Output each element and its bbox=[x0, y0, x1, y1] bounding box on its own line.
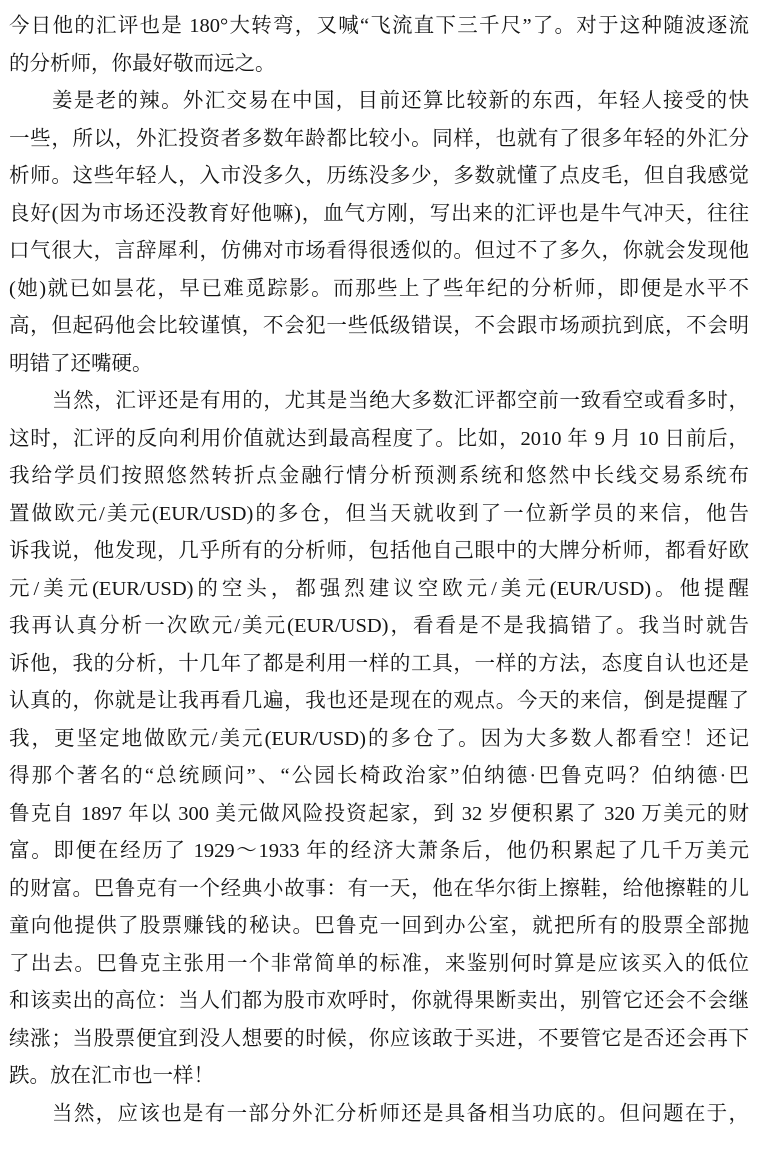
text-line: 良好(因为市场还没教育好他嘛)，血气方刚，写出来的汇评也是牛气冲天，往往 bbox=[9, 196, 749, 234]
text-line: 诉我说，他发现，几乎所有的分析师，包括他自己眼中的大牌分析师，都看好欧 bbox=[9, 533, 749, 571]
book-page: 今日他的汇评也是 180°大转弯，又喊“飞流直下三千尺”了。对于这种随波逐流的分… bbox=[0, 0, 758, 1160]
text-line: 跌。放在汇市也一样！ bbox=[9, 1058, 749, 1096]
text-line: 姜是老的辣。外汇交易在中国，目前还算比较新的东西，年轻人接受的快 bbox=[9, 83, 749, 121]
text-line: 了出去。巴鲁克主张用一个非常简单的标准，来鉴别何时算是应该买入的低位 bbox=[9, 946, 749, 984]
text-line: 析师。这些年轻人，入市没多久，历练没多少，多数就懂了点皮毛，但自我感觉 bbox=[9, 158, 749, 196]
text-line: 今日他的汇评也是 180°大转弯，又喊“飞流直下三千尺”了。对于这种随波逐流 bbox=[9, 8, 749, 46]
text-line: 置做欧元/美元(EUR/USD)的多仓，但当天就收到了一位新学员的来信，他告 bbox=[9, 496, 749, 534]
text-line: 元/美元(EUR/USD)的空头，都强烈建议空欧元/美元(EUR/USD)。他提… bbox=[9, 571, 749, 609]
text-line: 续涨；当股票便宜到没人想要的时候，你应该敢于买进，不要管它是否还会再下 bbox=[9, 1021, 749, 1059]
text-line: 诉他，我的分析，十几年了都是利用一样的工具，一样的方法，态度自认也还是 bbox=[9, 646, 749, 684]
text-line: 当然，应该也是有一部分外汇分析师还是具备相当功底的。但问题在于， bbox=[9, 1096, 749, 1134]
text-line: 得那个著名的“总统顾问”、“公园长椅政治家”伯纳德·巴鲁克吗？伯纳德·巴 bbox=[9, 758, 749, 796]
text-line: 一些，所以，外汇投资者多数年龄都比较小。同样，也就有了很多年轻的外汇分 bbox=[9, 121, 749, 159]
text-line: 鲁克自 1897 年以 300 美元做风险投资起家，到 32 岁便积累了 320… bbox=[9, 796, 749, 834]
text-line: 明错了还嘴硬。 bbox=[9, 346, 749, 384]
text-line: 童向他提供了股票赚钱的秘诀。巴鲁克一回到办公室，就把所有的股票全部抛 bbox=[9, 908, 749, 946]
page-text: 今日他的汇评也是 180°大转弯，又喊“飞流直下三千尺”了。对于这种随波逐流的分… bbox=[9, 8, 749, 1133]
text-line: 的财富。巴鲁克有一个经典小故事：有一天，他在华尔街上擦鞋，给他擦鞋的儿 bbox=[9, 871, 749, 909]
text-line: 富。即便在经历了 1929～1933 年的经济大萧条后，他仍积累起了几千万美元 bbox=[9, 833, 749, 871]
text-line: 认真的，你就是让我再看几遍，我也还是现在的观点。今天的来信，倒是提醒了 bbox=[9, 683, 749, 721]
text-line: 我给学员们按照悠然转折点金融行情分析预测系统和悠然中长线交易系统布 bbox=[9, 458, 749, 496]
text-line: 我，更坚定地做欧元/美元(EUR/USD)的多仓了。因为大多数人都看空！还记 bbox=[9, 721, 749, 759]
text-line: 口气很大，言辞犀利，仿佛对市场看得很透似的。但过不了多久，你就会发现他 bbox=[9, 233, 749, 271]
text-line: 高，但起码他会比较谨慎，不会犯一些低级错误，不会跟市场顽抗到底，不会明 bbox=[9, 308, 749, 346]
text-line: 的分析师，你最好敬而远之。 bbox=[9, 46, 749, 84]
text-line: 当然，汇评还是有用的，尤其是当绝大多数汇评都空前一致看空或看多时， bbox=[9, 383, 749, 421]
text-line: 我再认真分析一次欧元/美元(EUR/USD)，看看是不是我搞错了。我当时就告 bbox=[9, 608, 749, 646]
text-line: (她)就已如昙花，早已难觅踪影。而那些上了些年纪的分析师，即便是水平不 bbox=[9, 271, 749, 309]
text-line: 和该卖出的高位：当人们都为股市欢呼时，你就得果断卖出，别管它还会不会继 bbox=[9, 983, 749, 1021]
text-line: 这时，汇评的反向利用价值就达到最高程度了。比如，2010 年 9 月 10 日前… bbox=[9, 421, 749, 459]
